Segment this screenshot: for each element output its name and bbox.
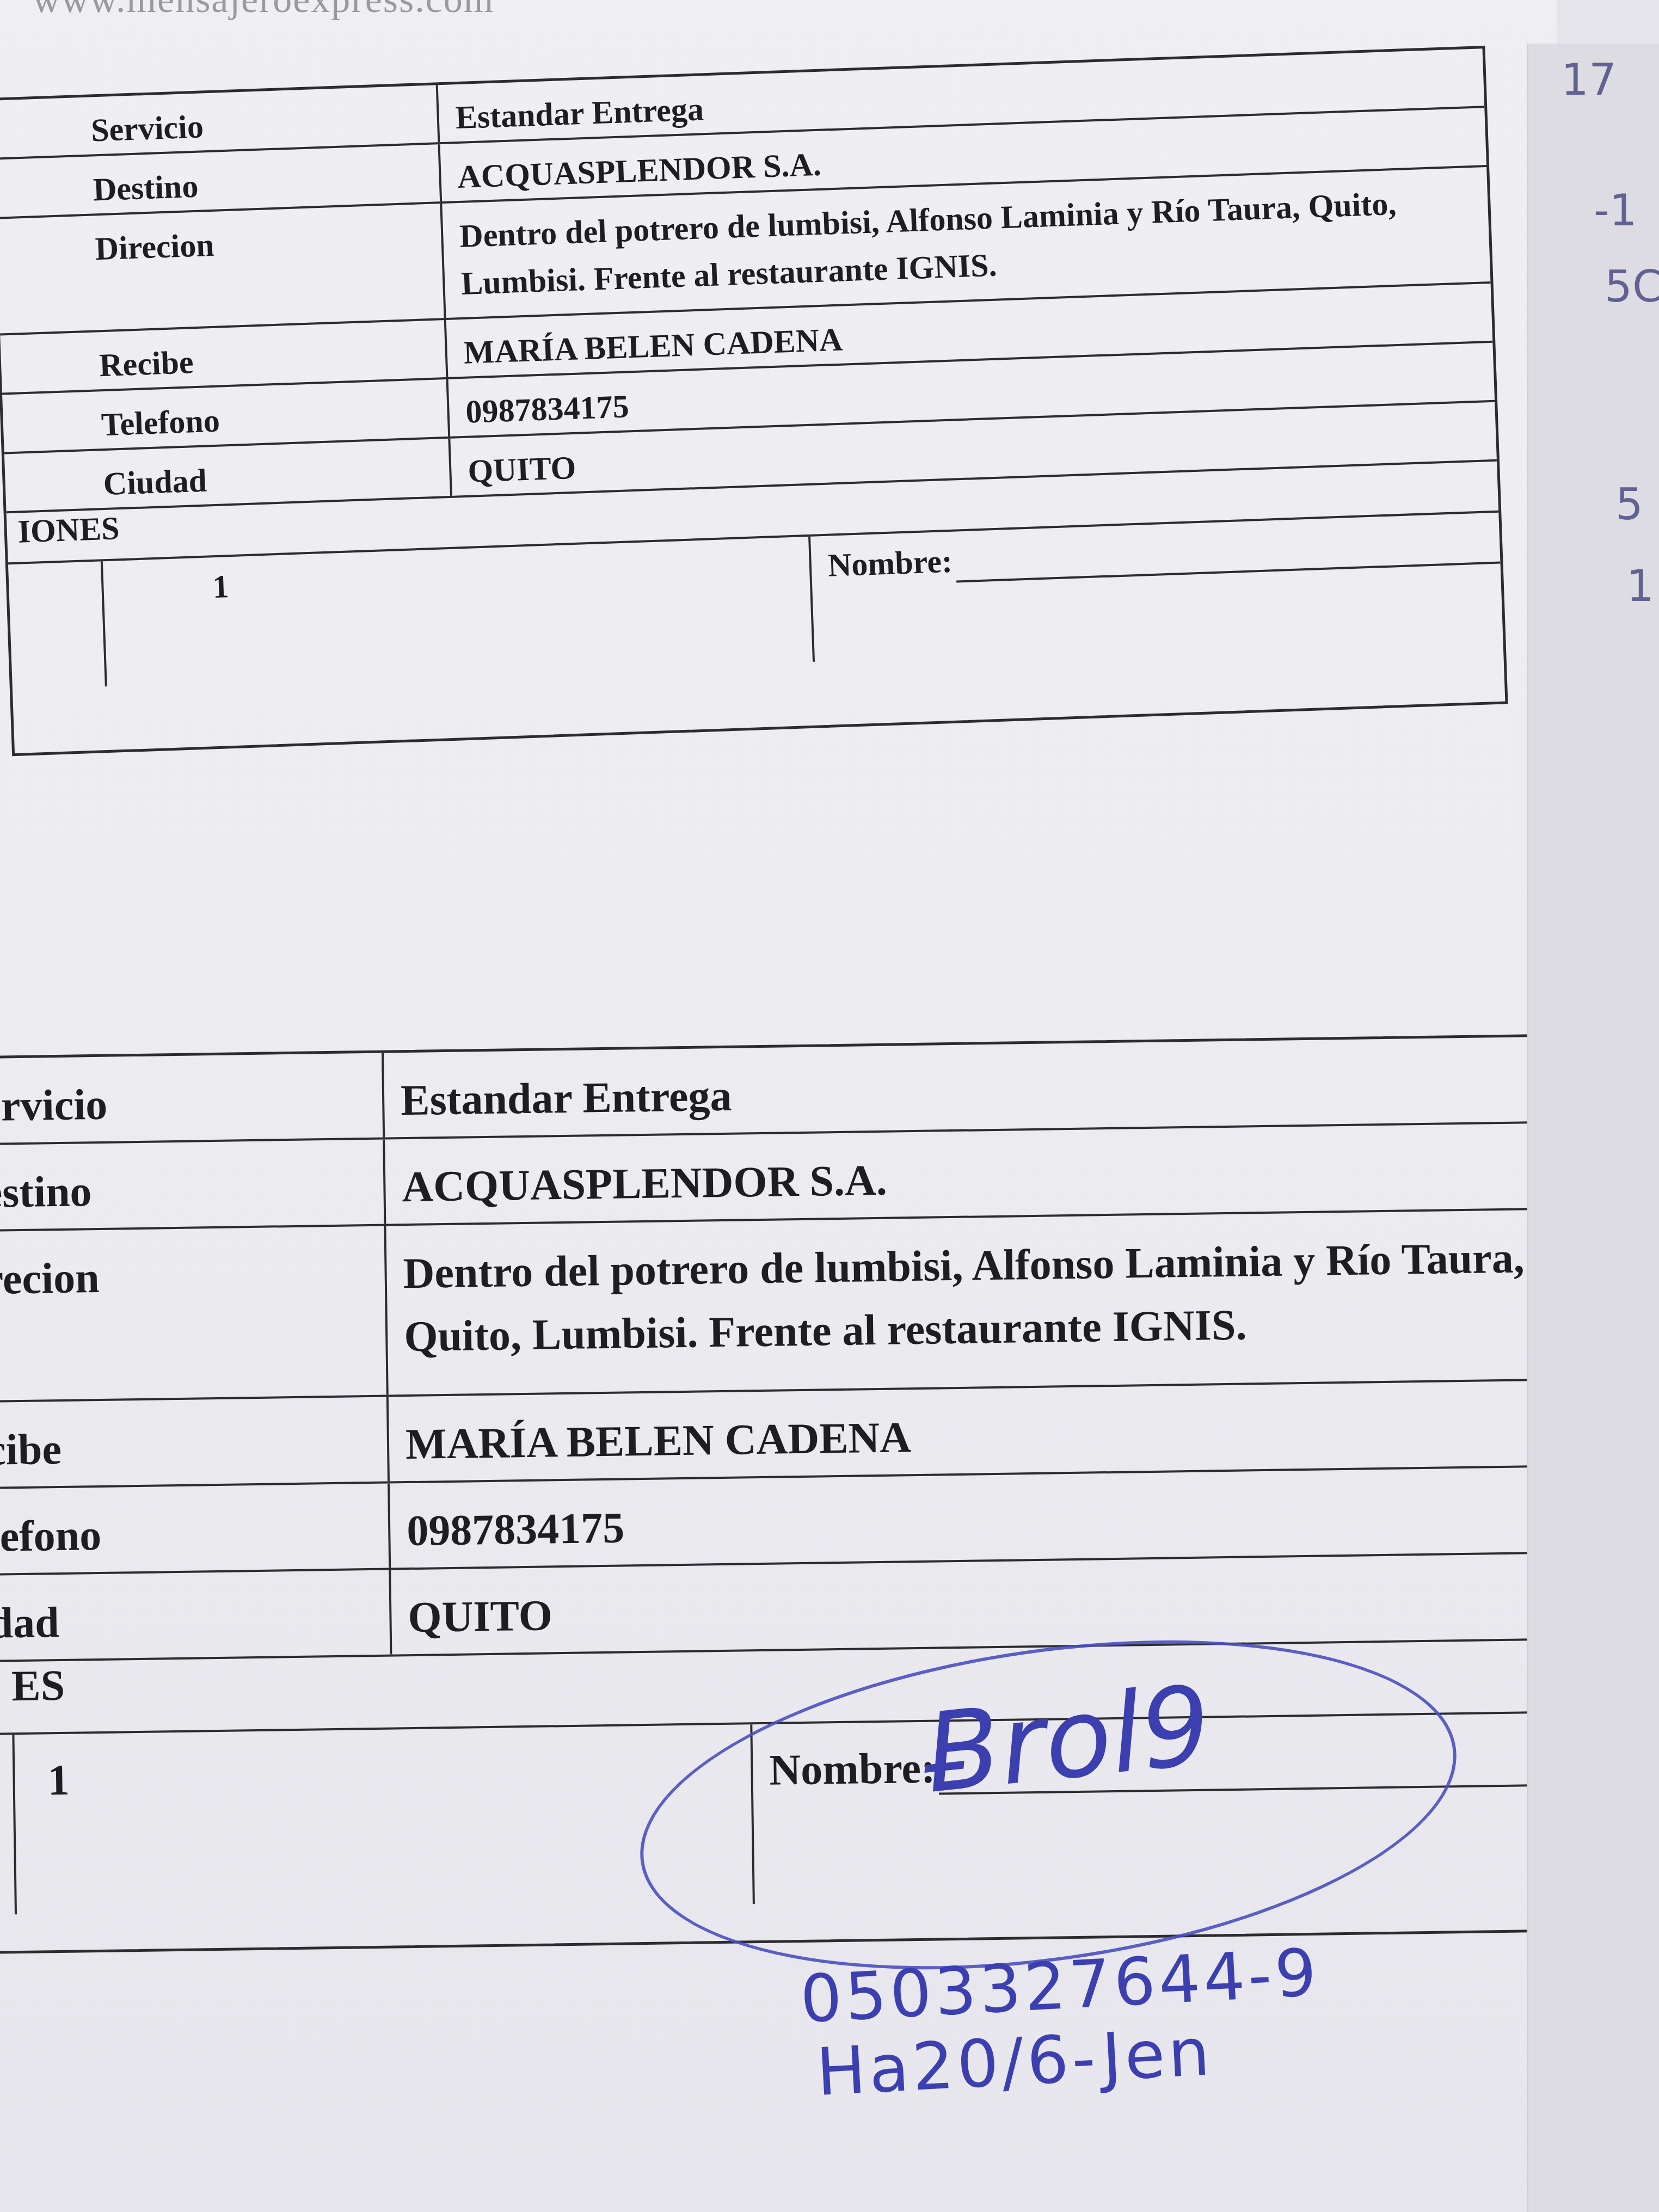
- field-value: 0987834175: [390, 1480, 625, 1568]
- scribble: -1: [1594, 185, 1637, 236]
- field-value: Estandar Entrega: [438, 76, 705, 142]
- field-label: lefono: [0, 1484, 391, 1574]
- field-value: MARÍA BELEN CADENA: [389, 1390, 912, 1481]
- website-header: www.mensajeroexpress.com: [33, 0, 494, 22]
- scribble: 5C: [1605, 261, 1659, 312]
- section-label: ES: [11, 1661, 66, 1732]
- scribble: 5: [1615, 479, 1643, 530]
- item-number: 1: [101, 537, 815, 686]
- scribble: 17: [1561, 54, 1617, 105]
- nombre-field: Nombre:: [810, 513, 1503, 662]
- section-label: IONES: [17, 509, 121, 562]
- field-value: QUITO: [450, 434, 576, 496]
- field-value: Estandar Entrega: [384, 1048, 732, 1138]
- field-row-direccion: recion Dentro del potrero de lumbisi, Al…: [0, 1209, 1619, 1403]
- background-sheet: 17 -1 5C 5 1: [1527, 44, 1659, 2212]
- delivery-form-top: Servicio Estandar Entrega Destino ACQUAS…: [0, 46, 1508, 756]
- field-value: Dentro del potrero de lumbisi, Alfonso L…: [386, 1210, 1547, 1395]
- field-label: estino: [0, 1140, 386, 1230]
- scribble: 1: [1626, 561, 1654, 611]
- field-value: ACQUASPLENDOR S.A.: [385, 1133, 887, 1224]
- field-value: QUITO: [391, 1568, 552, 1654]
- field-label: dad: [0, 1570, 392, 1660]
- field-label: Direcion: [0, 204, 446, 333]
- field-label: recion: [0, 1226, 389, 1400]
- field-label: ervicio: [0, 1053, 385, 1143]
- document-page: www.mensajeroexpress.com Servicio Estand…: [0, 0, 1557, 2212]
- field-value: 0987834175: [448, 373, 630, 436]
- nombre-signature-line: [955, 524, 1501, 583]
- item-number: 1: [12, 1724, 754, 1914]
- field-label: cibe: [0, 1397, 390, 1487]
- nombre-label: Nombre:: [827, 543, 953, 585]
